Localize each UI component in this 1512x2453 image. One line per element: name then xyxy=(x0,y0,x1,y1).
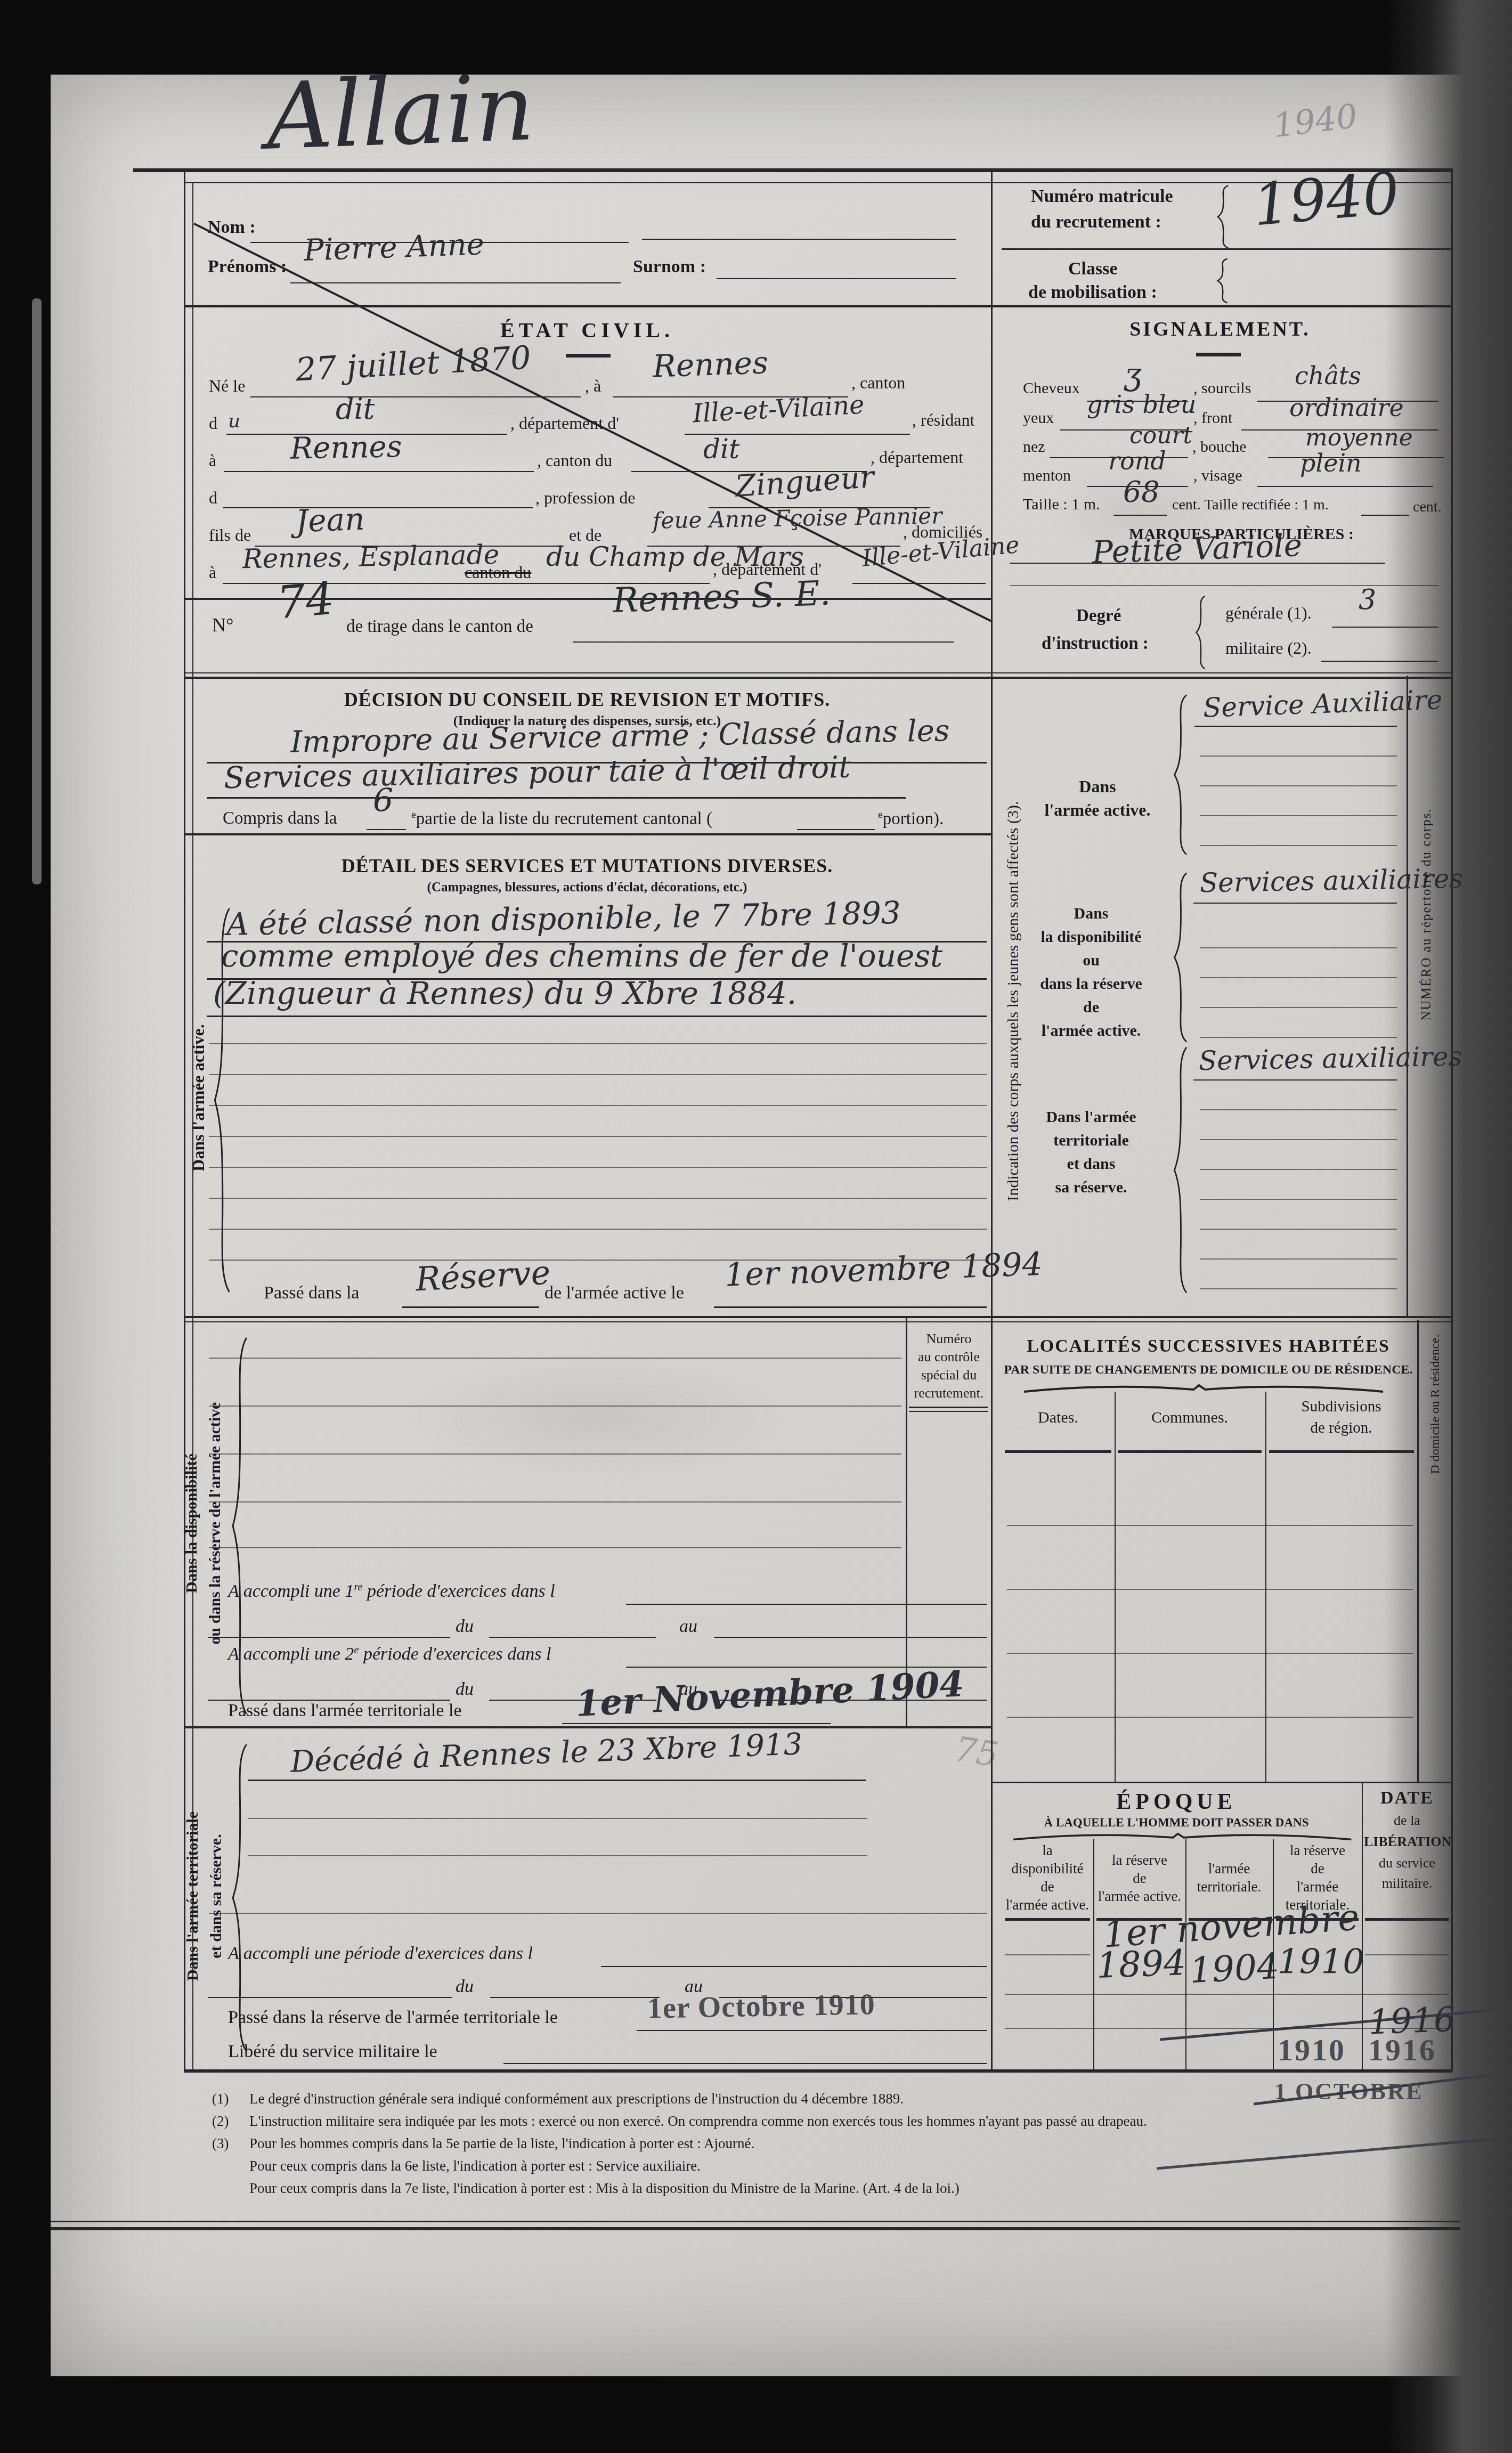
rule xyxy=(1007,1525,1413,1526)
section-divider xyxy=(184,1316,1452,1318)
classe-label-line1: Classe xyxy=(1068,259,1118,279)
repertoire-col-label: NUMÉRO au répertoire du corps. xyxy=(1419,749,1434,1079)
residant-label: , résidant xyxy=(912,410,974,430)
corps-b2-label-3: ou xyxy=(1038,952,1144,970)
stamp-1916: 1916 xyxy=(1368,2032,1436,2068)
rule xyxy=(909,1411,988,1412)
canton-du-struck-label: canton du xyxy=(465,563,531,582)
a-label: à xyxy=(209,563,216,582)
corps-b3-label-1: Dans l'armée xyxy=(1017,1108,1166,1126)
epoque-top-rule xyxy=(991,1782,1452,1783)
sup: e xyxy=(354,1644,359,1656)
scanned-register-page: 1940 75 Allain Nom : Prénoms : Pierre An… xyxy=(0,0,1512,2453)
prenoms-rule xyxy=(290,282,621,283)
rule xyxy=(248,1780,866,1781)
rule xyxy=(402,1306,539,1308)
passe-reserve-terr-value-stamp: 1er Octobre 1910 xyxy=(647,1987,875,2025)
cent-label: cent. xyxy=(1413,499,1442,516)
etat-civil-title-dash xyxy=(566,354,611,358)
matricule-label-line2: du recrutement : xyxy=(1031,212,1161,232)
rule xyxy=(1118,1450,1262,1453)
curly-brace-icon xyxy=(230,1738,248,2058)
yeux-label: yeux xyxy=(1023,409,1054,427)
du-label: du xyxy=(456,1617,474,1637)
form-center-divider xyxy=(991,168,993,2072)
rule xyxy=(1007,1653,1413,1654)
departement-label: , département xyxy=(871,448,963,467)
date-col-label-2: de la xyxy=(1364,1813,1450,1829)
a-label: , à xyxy=(585,376,601,396)
corps-b3-label-2: territoriale xyxy=(1022,1132,1160,1150)
epoque-col1-l3: de xyxy=(1002,1879,1093,1895)
rule xyxy=(1200,1007,1397,1008)
header-right-rule xyxy=(1002,248,1452,250)
rule xyxy=(1321,661,1438,662)
rule xyxy=(1200,815,1397,816)
epoque-subtitle: À LAQUELLE L'HOMME DOIT PASSER DANS xyxy=(1002,1816,1351,1830)
controle-label-2: au contrôle xyxy=(909,1349,989,1365)
curly-brace-icon xyxy=(230,1330,248,1722)
nom-label: Nom : xyxy=(208,217,256,238)
libere-label: Libéré du service militaire le xyxy=(228,2042,437,2062)
signalement-title-dash xyxy=(1196,353,1241,356)
menton-value: rond xyxy=(1108,446,1166,475)
bouche-value: moyenne xyxy=(1305,424,1413,451)
front-label: , front xyxy=(1193,409,1232,427)
pencil-margin-annotation: 75 xyxy=(952,1729,1001,1775)
passe-reserve-label-1: Passé dans la xyxy=(264,1283,359,1303)
surnom-label: Surnom : xyxy=(633,257,706,277)
rule xyxy=(1332,627,1438,628)
horizontal-swash xyxy=(1012,1832,1353,1842)
form-border-right xyxy=(1451,168,1453,2072)
rule xyxy=(1200,1258,1397,1260)
sup-e: e xyxy=(878,809,883,821)
rule xyxy=(207,1016,987,1017)
cheveux-value-flourish: ʒ xyxy=(1124,356,1142,392)
rule xyxy=(489,1637,656,1638)
services-title: DÉTAIL DES SERVICES ET MUTATIONS DIVERSE… xyxy=(214,855,960,877)
rule xyxy=(248,1855,867,1856)
birthplace-value: Rennes xyxy=(652,344,769,385)
stamp-1910: 1910 xyxy=(1278,2032,1346,2068)
rule xyxy=(1200,785,1397,786)
marques-value: Petite Variole xyxy=(1092,527,1303,571)
date-col-label-3: LIBÉRATION xyxy=(1364,1834,1450,1850)
passe-reserve-value: Réserve xyxy=(414,1253,551,1298)
canton-du-label: , canton du xyxy=(537,451,612,470)
sup: re xyxy=(354,1581,362,1593)
rule xyxy=(209,1229,987,1230)
localites-divider-1 xyxy=(1115,1392,1116,1782)
rule xyxy=(209,1501,901,1502)
controle-label-3: spécial du xyxy=(909,1367,989,1383)
footnote-4-text: Pour ceux compris dans la 6e liste, l'in… xyxy=(249,2158,1448,2174)
curly-brace-icon xyxy=(1172,692,1188,858)
compris-label-1: Compris dans la xyxy=(223,809,337,829)
controle-label-1: Numéro xyxy=(909,1331,989,1347)
section-divider xyxy=(184,672,1452,673)
localites-col-communes: Communes. xyxy=(1118,1409,1262,1427)
epoque-col3-l2: territoriale. xyxy=(1187,1879,1271,1895)
localites-col-subdiv-2: de région. xyxy=(1271,1419,1412,1437)
rule xyxy=(1193,903,1397,904)
corps-b2-label-5: de xyxy=(1038,998,1144,1017)
taille-label: Taille : 1 m. xyxy=(1023,496,1100,514)
side-label-disponibilite-2: ou dans la réserve de l'armée active xyxy=(206,1321,224,1726)
tirage-canton-value: Rennes S. E. xyxy=(612,574,831,621)
epoque-divider-4 xyxy=(1362,1782,1363,2070)
localites-dr-label: D domicile ou R résidence. xyxy=(1428,1282,1443,1527)
passe-reserve-label-2: de l'armée active le xyxy=(544,1283,684,1303)
epoque-year-1904: 1904 xyxy=(1189,1946,1280,1992)
rule xyxy=(1005,1954,1090,1955)
nom-value-signature: Allain xyxy=(265,54,536,170)
epoque-col4-l1: la réserve xyxy=(1274,1842,1361,1859)
localites-col-subdiv-1: Subdivisions xyxy=(1271,1398,1412,1416)
etat-civil-title: ÉTAT CIVIL. xyxy=(374,318,800,343)
rule xyxy=(1007,1717,1413,1718)
degre-militaire-label: militaire (2). xyxy=(1225,638,1312,658)
header-bottom-rule xyxy=(184,305,1452,307)
rule xyxy=(1005,1450,1111,1453)
rule xyxy=(562,1723,831,1724)
nom-rule xyxy=(642,239,956,240)
footnote-2-text: L'instruction militaire sera indiquée pa… xyxy=(249,2113,1448,2130)
bouche-label: , bouche xyxy=(1192,438,1247,456)
form-border-top-outer xyxy=(133,168,1452,172)
passe-reserve-terr-label: Passé dans la réserve de l'armée territo… xyxy=(228,2008,558,2028)
cheveux-label: Cheveux xyxy=(1023,379,1080,397)
menton-label: menton xyxy=(1023,467,1071,485)
tirage-label: de tirage dans le canton de xyxy=(346,617,533,637)
visage-value: plein xyxy=(1300,449,1362,477)
rule xyxy=(209,1136,987,1137)
side-label-territoriale-1: Dans l'armée territoriale xyxy=(184,1715,202,2077)
rule xyxy=(1193,1079,1397,1081)
corps-b2-label-1: Dans xyxy=(1038,905,1144,923)
exercices-2-label: A accompli une 2e période d'exercices da… xyxy=(228,1644,551,1664)
side-label-armee-active: Dans l'armée active. xyxy=(189,912,208,1285)
rule xyxy=(1200,977,1397,978)
rule xyxy=(1200,1109,1397,1110)
curly-brace-icon xyxy=(1216,258,1229,304)
epoque-col3-l1: l'armée xyxy=(1187,1861,1271,1877)
compris-value: 6 xyxy=(373,782,393,819)
date-col-label-1: DATE xyxy=(1364,1788,1450,1808)
taille-rectifiee-label: cent. Taille rectifiée : 1 m. xyxy=(1172,497,1329,514)
rule xyxy=(1200,1229,1397,1230)
form-border-bottom xyxy=(184,2069,1452,2073)
epoque-col1-l1: la xyxy=(1002,1842,1093,1859)
du-label: du xyxy=(456,1679,474,1700)
date-col-label-4: du service xyxy=(1364,1855,1450,1871)
rule xyxy=(1200,947,1397,948)
degre-generale-label: générale (1). xyxy=(1225,603,1312,623)
exercices-label: A accompli une période d'exercices dans … xyxy=(228,1944,533,1964)
rule xyxy=(224,471,534,472)
au-label: au xyxy=(679,1617,697,1637)
rule xyxy=(1200,1037,1397,1038)
localites-title: LOCALITÉS SUCCESSIVES HABITÉES xyxy=(1002,1336,1415,1357)
degre-generale-value: 3 xyxy=(1359,584,1376,616)
rule xyxy=(209,1105,987,1106)
services-handwriting-2: comme employé des chemins de fer de l'ou… xyxy=(221,938,942,974)
controle-col-border xyxy=(906,1318,907,1726)
degre-label-line2: d'instruction : xyxy=(1042,634,1149,654)
rule xyxy=(367,829,406,830)
section-divider xyxy=(184,677,1452,679)
prenoms-label: Prénoms : xyxy=(208,257,287,277)
departement-label: , département d' xyxy=(510,413,619,433)
rule xyxy=(573,641,954,643)
front-value: ordinaire xyxy=(1289,393,1404,422)
sourcils-label: , sourcils xyxy=(1193,379,1251,397)
compris-label-3: eportion). xyxy=(878,809,944,829)
footnote-2-num: (2) xyxy=(212,2113,229,2130)
rule xyxy=(250,396,581,397)
dispo-bottom-rule xyxy=(184,1726,991,1728)
rule xyxy=(207,797,906,799)
rule xyxy=(1007,1589,1413,1590)
classe-label-line2: de mobilisation : xyxy=(1028,282,1157,303)
rule xyxy=(1005,2028,1449,2029)
exercices-1-label: A accompli une 1re période d'exercices d… xyxy=(228,1581,555,1602)
matricule-label-line1: Numéro matricule xyxy=(1031,186,1173,207)
matricule-value: 1940 xyxy=(1250,160,1402,239)
corps-b2-label-4: dans la réserve xyxy=(1022,975,1160,993)
corps-b2-label-6: l'armée active. xyxy=(1022,1022,1160,1040)
epoque-col2-l2: de xyxy=(1095,1870,1184,1887)
controle-label-4: recrutement. xyxy=(909,1385,989,1401)
services-subtitle: (Campagnes, blessures, actions d'éclat, … xyxy=(214,880,960,895)
rule xyxy=(1200,1288,1397,1289)
page-edge-left xyxy=(32,298,42,884)
rule xyxy=(1200,1169,1397,1170)
passe-territoriale-label: Passé dans l'armée territoriale le xyxy=(228,1701,462,1721)
nez-value: court xyxy=(1129,422,1192,449)
rule xyxy=(1365,1918,1449,1921)
rule xyxy=(637,2030,987,2031)
text: période d'exercices dans l xyxy=(363,1644,551,1664)
horizontal-swash xyxy=(1023,1383,1385,1395)
epoque-year-1910-struck: 1910 xyxy=(1278,1943,1512,1982)
du-value: u xyxy=(228,410,240,432)
footnote-3-num: (3) xyxy=(212,2135,229,2152)
numero-tirage-value: 74 xyxy=(275,572,336,629)
rule xyxy=(1200,1199,1397,1200)
curly-brace-icon xyxy=(1172,1042,1188,1298)
corps-b1-label-1: Dans xyxy=(1044,777,1151,797)
du-label: du xyxy=(456,1977,474,1997)
sourcils-value: châts xyxy=(1295,361,1361,390)
profession-label: , profession de xyxy=(535,488,636,508)
rule xyxy=(209,1043,987,1044)
canton-value: dit xyxy=(703,434,739,465)
epoque-col2-l1: la réserve xyxy=(1095,1852,1184,1869)
curly-brace-icon xyxy=(1172,870,1188,1045)
rule xyxy=(1005,1918,1090,1921)
nez-label: nez xyxy=(1023,438,1045,456)
epoque-col1-l2: disponibilité xyxy=(1002,1861,1093,1877)
rule xyxy=(1257,486,1433,487)
rule xyxy=(1005,1994,1449,1995)
corps-side-label: Indication des corps auxquels les jeunes… xyxy=(1004,687,1022,1315)
compris-text: portion). xyxy=(883,809,944,829)
footnote-3-text: Pour les hommes compris dans la 5e parti… xyxy=(249,2135,1448,2152)
rule xyxy=(1010,563,1385,564)
father-value: Jean xyxy=(295,501,365,539)
rule xyxy=(1194,726,1397,727)
bleedthrough-blob xyxy=(405,1353,788,1481)
signalement-title: SIGNALEMENT. xyxy=(1113,318,1327,341)
footnote-1-num: (1) xyxy=(212,2091,229,2107)
rule xyxy=(601,1966,987,1967)
a-label: à xyxy=(209,451,216,470)
rule xyxy=(490,1997,660,1998)
rule xyxy=(1113,515,1167,516)
rule xyxy=(1269,1450,1414,1453)
localites-col-dates: Dates. xyxy=(1005,1409,1111,1427)
dit-value: dit xyxy=(336,392,375,426)
rule xyxy=(209,1167,987,1168)
localites-subtitle: PAR SUITE DE CHANGEMENTS DE DOMICILE OU … xyxy=(1002,1363,1415,1377)
numero-tirage-label: N° xyxy=(212,614,233,636)
epoque-divider-1 xyxy=(1093,1839,1094,2070)
prenoms-value: Pierre Anne xyxy=(303,227,485,268)
sup-e: e xyxy=(411,809,416,821)
side-label-disponibilite-1: Dans la disponibilité xyxy=(183,1321,201,1726)
repertoire-col-border xyxy=(1407,676,1408,1318)
ne-le-label: Né le xyxy=(209,376,245,396)
localites-divider-2 xyxy=(1265,1392,1266,1782)
rule xyxy=(1200,845,1397,846)
curly-brace-icon xyxy=(1216,184,1230,249)
services-handwriting-3: (Zingueur à Rennes) du 9 Xbre 1884. xyxy=(213,975,796,1011)
compris-label-2: epartie de la liste du recrutement canto… xyxy=(411,809,712,829)
footer-rule-2 xyxy=(51,2227,1460,2230)
epoque-col1-l4: l'armée active. xyxy=(1002,1897,1093,1913)
rule xyxy=(209,1913,987,1914)
corps-b3-label-3: et dans xyxy=(1038,1155,1144,1173)
fils-de-label: fils de xyxy=(209,525,251,545)
footer-rule-1 xyxy=(51,2221,1460,2222)
d-label: d xyxy=(209,488,217,508)
corps-b2-label-2: la disponibilité xyxy=(1022,928,1160,946)
decision-title: DÉCISION DU CONSEIL DE REVISION ET MOTIF… xyxy=(214,688,960,711)
footnote-1-text: Le degré d'instruction générale sera ind… xyxy=(249,2091,1448,2107)
curly-brace-icon xyxy=(212,900,231,1300)
rule xyxy=(209,1198,987,1199)
mother-value: feue Anne Fçoise Pannier xyxy=(653,502,942,533)
d-label: d xyxy=(209,413,217,433)
rule xyxy=(1200,1139,1397,1140)
rule xyxy=(248,1818,867,1819)
rule xyxy=(209,1074,987,1075)
domicile-value: Rennes, Esplanade xyxy=(242,539,500,574)
corps-b3-label-4: sa réserve. xyxy=(1027,1179,1155,1197)
rule xyxy=(223,507,533,508)
epoque-col2-l3: l'armée active. xyxy=(1095,1888,1184,1905)
compris-text: partie de la liste du recrutement canton… xyxy=(416,809,712,829)
rule xyxy=(909,1407,988,1408)
curly-brace-icon xyxy=(1194,595,1206,670)
epoque-title: ÉPOQUE xyxy=(1002,1789,1351,1815)
residence-value: Rennes xyxy=(290,429,402,466)
side-label-territoriale-2: et dans sa réserve. xyxy=(207,1715,225,2077)
text: période d'exercices dans l xyxy=(367,1581,555,1601)
degre-label-line1: Degré xyxy=(1076,606,1121,626)
rule xyxy=(209,1406,901,1407)
decision-bottom-rule xyxy=(184,833,991,835)
rule xyxy=(209,1453,901,1455)
rule xyxy=(209,1358,901,1359)
rule xyxy=(626,1604,987,1605)
rule xyxy=(209,1547,901,1548)
section-divider xyxy=(184,1321,1452,1322)
epoque-col4-l3: l'armée xyxy=(1274,1879,1361,1895)
footnote-5-text: Pour ceux compris dans la 7e liste, l'in… xyxy=(249,2180,1448,2197)
epoque-col4-l2: de xyxy=(1274,1861,1361,1877)
surnom-rule xyxy=(717,278,956,279)
rule xyxy=(1361,515,1409,516)
rule xyxy=(852,583,986,584)
corps-b1-label-2: l'armée active. xyxy=(1028,800,1167,820)
rule xyxy=(503,2063,987,2064)
rule xyxy=(1200,756,1397,757)
rule xyxy=(714,1637,987,1638)
taille-value: 68 xyxy=(1123,475,1160,509)
rule xyxy=(797,829,875,830)
yeux-value: gris bleu xyxy=(1087,390,1196,419)
date-col-label-5: militaire. xyxy=(1364,1875,1450,1891)
rule xyxy=(714,1306,987,1308)
localites-divider-3 xyxy=(1417,1320,1419,1782)
visage-label: , visage xyxy=(1193,467,1242,485)
